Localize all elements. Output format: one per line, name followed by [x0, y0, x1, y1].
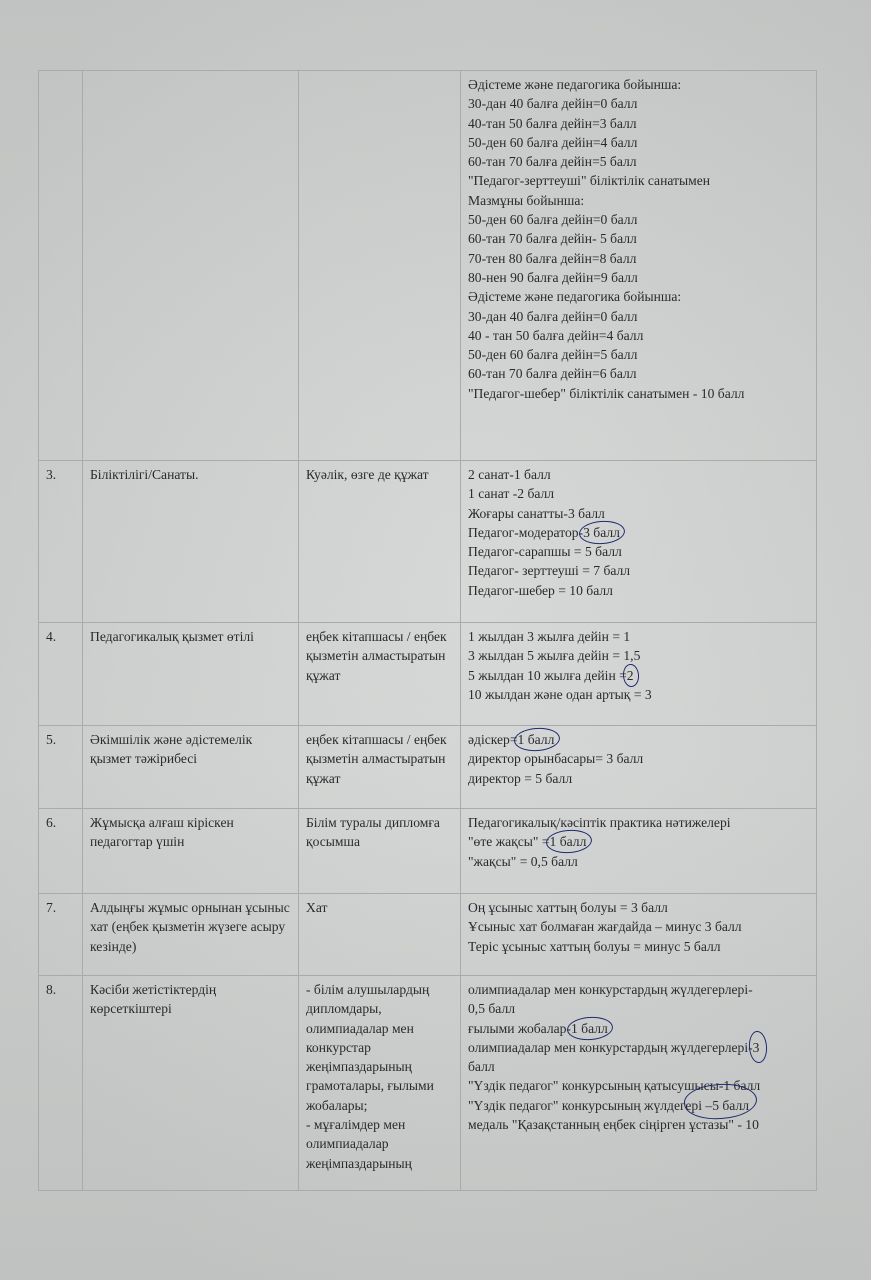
score-line: 3 жылдан 5 жылға дейін = 1,5	[468, 646, 810, 665]
criterion-cell: Кәсіби жетістіктердің көрсеткіштері	[83, 976, 299, 1191]
criterion-cell: Педагогикалық қызмет өтілі	[83, 623, 299, 726]
score-line: Педагог- зерттеуші = 7 балл	[468, 561, 810, 580]
score-line: 60-тан 70 балға дейін- 5 балл	[468, 229, 810, 248]
score-line: 10 жылдан және одан артық = 3	[468, 685, 810, 704]
document-cell: Куәлік, өзге де құжат	[299, 461, 461, 623]
score-line: Әдістеме және педагогика бойынша:	[468, 75, 810, 94]
score-text: 10 жылдан және одан артық = 3	[468, 687, 652, 702]
score-text: Әдістеме және педагогика бойынша:	[468, 77, 681, 92]
score-text: "Үздік педагог" конкурсының жүлдегері –	[468, 1098, 712, 1113]
score-line: Әдістеме және педагогика бойынша:	[468, 287, 810, 306]
score-text: Теріс ұсыныс хаттың болуы = минус 5 балл	[468, 939, 721, 954]
document-cell: еңбек кітапшасы / еңбек қызметін алмасты…	[299, 623, 461, 726]
score-text: әдіскер=	[468, 732, 518, 747]
score-text: 70-тен 80 балға дейін=8 балл	[468, 251, 636, 266]
document-cell	[299, 71, 461, 461]
row-number: 7.	[39, 894, 83, 976]
score-text: 60-тан 70 балға дейін=6 балл	[468, 366, 637, 381]
document-cell: еңбек кітапшасы / еңбек қызметін алмасты…	[299, 726, 461, 809]
handwritten-circle-mark: 1 балл	[571, 1019, 608, 1038]
score-line: "жақсы" = 0,5 балл	[468, 852, 810, 871]
score-cell: 1 жылдан 3 жылға дейін = 13 жылдан 5 жыл…	[461, 623, 817, 726]
criterion-cell: Біліктілігі/Санаты.	[83, 461, 299, 623]
handwritten-circle-mark: 3 балл	[583, 523, 620, 542]
handwritten-circle-mark: 1 балл	[518, 730, 555, 749]
handwritten-circle-mark: 1 балл	[550, 832, 587, 851]
score-line: "Үздік педагог" конкурсының қатысушысы-1…	[468, 1076, 810, 1095]
score-text: 50-ден 60 балға дейін=5 балл	[468, 347, 637, 362]
score-line: медаль "Қазақстанның еңбек сіңірген ұста…	[468, 1115, 810, 1134]
score-text: Педагог-сарапшы = 5 балл	[468, 544, 622, 559]
score-cell: әдіскер=1 баллдиректор орынбасары= 3 бал…	[461, 726, 817, 809]
score-text: Ұсыныс хат болмаған жағдайда – минус 3 б…	[468, 919, 742, 934]
handwritten-circle-mark: 5 балл	[712, 1096, 749, 1115]
score-text: олимпиадалар мен конкурстардың жүлдегерл…	[468, 982, 753, 997]
score-line: Теріс ұсыныс хаттың болуы = минус 5 балл	[468, 937, 810, 956]
score-text: 3 жылдан 5 жылға дейін = 1,5	[468, 648, 640, 663]
score-line: 50-ден 60 балға дейін=5 балл	[468, 345, 810, 364]
score-text: "Педагог-зерттеуші" біліктілік санатымен	[468, 173, 710, 188]
score-text: 5 жылдан 10 жылға дейін =	[468, 668, 627, 683]
score-text: Педагогикалық/кәсіптік практика нәтижеле…	[468, 815, 731, 830]
score-line: Педагог-модератор-3 балл	[468, 523, 810, 542]
score-text: 30-дан 40 балға дейін=0 балл	[468, 96, 637, 111]
score-line: директор = 5 балл	[468, 769, 810, 788]
score-text: Педагог-шебер = 10 балл	[468, 583, 613, 598]
score-text: 30-дан 40 балға дейін=0 балл	[468, 309, 637, 324]
score-line: 50-ден 60 балға дейін=0 балл	[468, 210, 810, 229]
score-line: 1 жылдан 3 жылға дейін = 1	[468, 627, 810, 646]
document-cell: - білім алушылардың дипломдары, олимпиад…	[299, 976, 461, 1191]
score-line: олимпиадалар мен конкурстардың жүлдегерл…	[468, 1038, 810, 1057]
table-row: 8.Кәсіби жетістіктердің көрсеткіштері- б…	[39, 976, 817, 1191]
score-text: 2 санат-1 балл	[468, 467, 551, 482]
criterion-cell: Әкімшілік және әдістемелік қызмет тәжіри…	[83, 726, 299, 809]
score-line: "өте жақсы" =1 балл	[468, 832, 810, 851]
handwritten-circle-mark: 2	[627, 666, 634, 685]
score-line: 70-тен 80 балға дейін=8 балл	[468, 249, 810, 268]
table-row: 7.Алдыңғы жұмыс орнынан ұсыныс хат (еңбе…	[39, 894, 817, 976]
table-body: Әдістеме және педагогика бойынша:30-дан …	[39, 71, 817, 1191]
score-cell: Оң ұсыныс хаттың болуы = 3 баллҰсыныс ха…	[461, 894, 817, 976]
row-number: 6.	[39, 809, 83, 894]
score-line: 40-тан 50 балға дейін=3 балл	[468, 114, 810, 133]
score-text: Педагог-модератор-	[468, 525, 583, 540]
score-line: 30-дан 40 балға дейін=0 балл	[468, 307, 810, 326]
score-text: Педагог- зерттеуші = 7 балл	[468, 563, 630, 578]
table-row: 5.Әкімшілік және әдістемелік қызмет тәжі…	[39, 726, 817, 809]
score-text: "Педагог-шебер" біліктілік санатымен - 1…	[468, 386, 744, 401]
score-text: Оң ұсыныс хаттың болуы = 3 балл	[468, 900, 668, 915]
score-text: 80-нен 90 балға дейін=9 балл	[468, 270, 638, 285]
score-line: 0,5 балл	[468, 999, 810, 1018]
score-line: Педагогикалық/кәсіптік практика нәтижеле…	[468, 813, 810, 832]
score-text: 50-ден 60 балға дейін=0 балл	[468, 212, 637, 227]
score-text: 60-тан 70 балға дейін- 5 балл	[468, 231, 637, 246]
score-line: 60-тан 70 балға дейін=5 балл	[468, 152, 810, 171]
score-text: олимпиадалар мен конкурстардың жүлдегерл…	[468, 1040, 753, 1055]
criterion-cell: Алдыңғы жұмыс орнынан ұсыныс хат (еңбек …	[83, 894, 299, 976]
score-line: 2 санат-1 балл	[468, 465, 810, 484]
score-line: "Педагог-шебер" біліктілік санатымен - 1…	[468, 384, 810, 403]
score-text: директор = 5 балл	[468, 771, 572, 786]
score-text: 60-тан 70 балға дейін=5 балл	[468, 154, 637, 169]
score-text: 40 - тан 50 балға дейін=4 балл	[468, 328, 643, 343]
table-row: 4.Педагогикалық қызмет өтіліеңбек кітапш…	[39, 623, 817, 726]
score-text: ғылыми жобалар-	[468, 1021, 571, 1036]
handwritten-circle-mark: 3	[753, 1038, 760, 1057]
score-cell: Әдістеме және педагогика бойынша:30-дан …	[461, 71, 817, 461]
score-line: 30-дан 40 балға дейін=0 балл	[468, 94, 810, 113]
score-cell: 2 санат-1 балл1 санат -2 баллЖоғары сана…	[461, 461, 817, 623]
score-line: "Үздік педагог" конкурсының жүлдегері –5…	[468, 1096, 810, 1115]
score-cell: олимпиадалар мен конкурстардың жүлдегерл…	[461, 976, 817, 1191]
score-line: Ұсыныс хат болмаған жағдайда – минус 3 б…	[468, 917, 810, 936]
criterion-cell	[83, 71, 299, 461]
score-text: 1 жылдан 3 жылға дейін = 1	[468, 629, 630, 644]
criterion-cell: Жұмысқа алғаш кіріскен педагогтар үшін	[83, 809, 299, 894]
score-line: "Педагог-зерттеуші" біліктілік санатымен	[468, 171, 810, 190]
row-number: 8.	[39, 976, 83, 1191]
score-text: 0,5 балл	[468, 1001, 515, 1016]
score-text: "жақсы" = 0,5 балл	[468, 854, 578, 869]
table-row: 3.Біліктілігі/Санаты.Куәлік, өзге де құж…	[39, 461, 817, 623]
score-cell: Педагогикалық/кәсіптік практика нәтижеле…	[461, 809, 817, 894]
score-text: Мазмұны бойынша:	[468, 193, 584, 208]
document-cell: Білім туралы дипломға қосымша	[299, 809, 461, 894]
score-text: 50-ден 60 балға дейін=4 балл	[468, 135, 637, 150]
row-number	[39, 71, 83, 461]
score-line: 40 - тан 50 балға дейін=4 балл	[468, 326, 810, 345]
document-cell: Хат	[299, 894, 461, 976]
score-line: 80-нен 90 балға дейін=9 балл	[468, 268, 810, 287]
score-line: Жоғары санатты-3 балл	[468, 504, 810, 523]
score-text: Әдістеме және педагогика бойынша:	[468, 289, 681, 304]
score-text: "өте жақсы" =	[468, 834, 550, 849]
row-number: 5.	[39, 726, 83, 809]
table-row: 6.Жұмысқа алғаш кіріскен педагогтар үшін…	[39, 809, 817, 894]
score-text: 40-тан 50 балға дейін=3 балл	[468, 116, 637, 131]
table-row: Әдістеме және педагогика бойынша:30-дан …	[39, 71, 817, 461]
score-line: Мазмұны бойынша:	[468, 191, 810, 210]
score-line: Оң ұсыныс хаттың болуы = 3 балл	[468, 898, 810, 917]
score-line: 60-тан 70 балға дейін=6 балл	[468, 364, 810, 383]
score-line: Педагог-сарапшы = 5 балл	[468, 542, 810, 561]
scoring-table: Әдістеме және педагогика бойынша:30-дан …	[38, 70, 817, 1191]
score-text: директор орынбасары= 3 балл	[468, 751, 643, 766]
score-line: әдіскер=1 балл	[468, 730, 810, 749]
score-line: 5 жылдан 10 жылға дейін =2	[468, 666, 810, 685]
score-text: Жоғары санатты-3 балл	[468, 506, 605, 521]
score-text: балл	[468, 1059, 495, 1074]
score-line: 50-ден 60 балға дейін=4 балл	[468, 133, 810, 152]
score-text: медаль "Қазақстанның еңбек сіңірген ұста…	[468, 1117, 759, 1132]
row-number: 4.	[39, 623, 83, 726]
score-line: олимпиадалар мен конкурстардың жүлдегерл…	[468, 980, 810, 999]
score-line: директор орынбасары= 3 балл	[468, 749, 810, 768]
score-line: 1 санат -2 балл	[468, 484, 810, 503]
score-line: Педагог-шебер = 10 балл	[468, 581, 810, 600]
row-number: 3.	[39, 461, 83, 623]
score-text: 1 санат -2 балл	[468, 486, 554, 501]
